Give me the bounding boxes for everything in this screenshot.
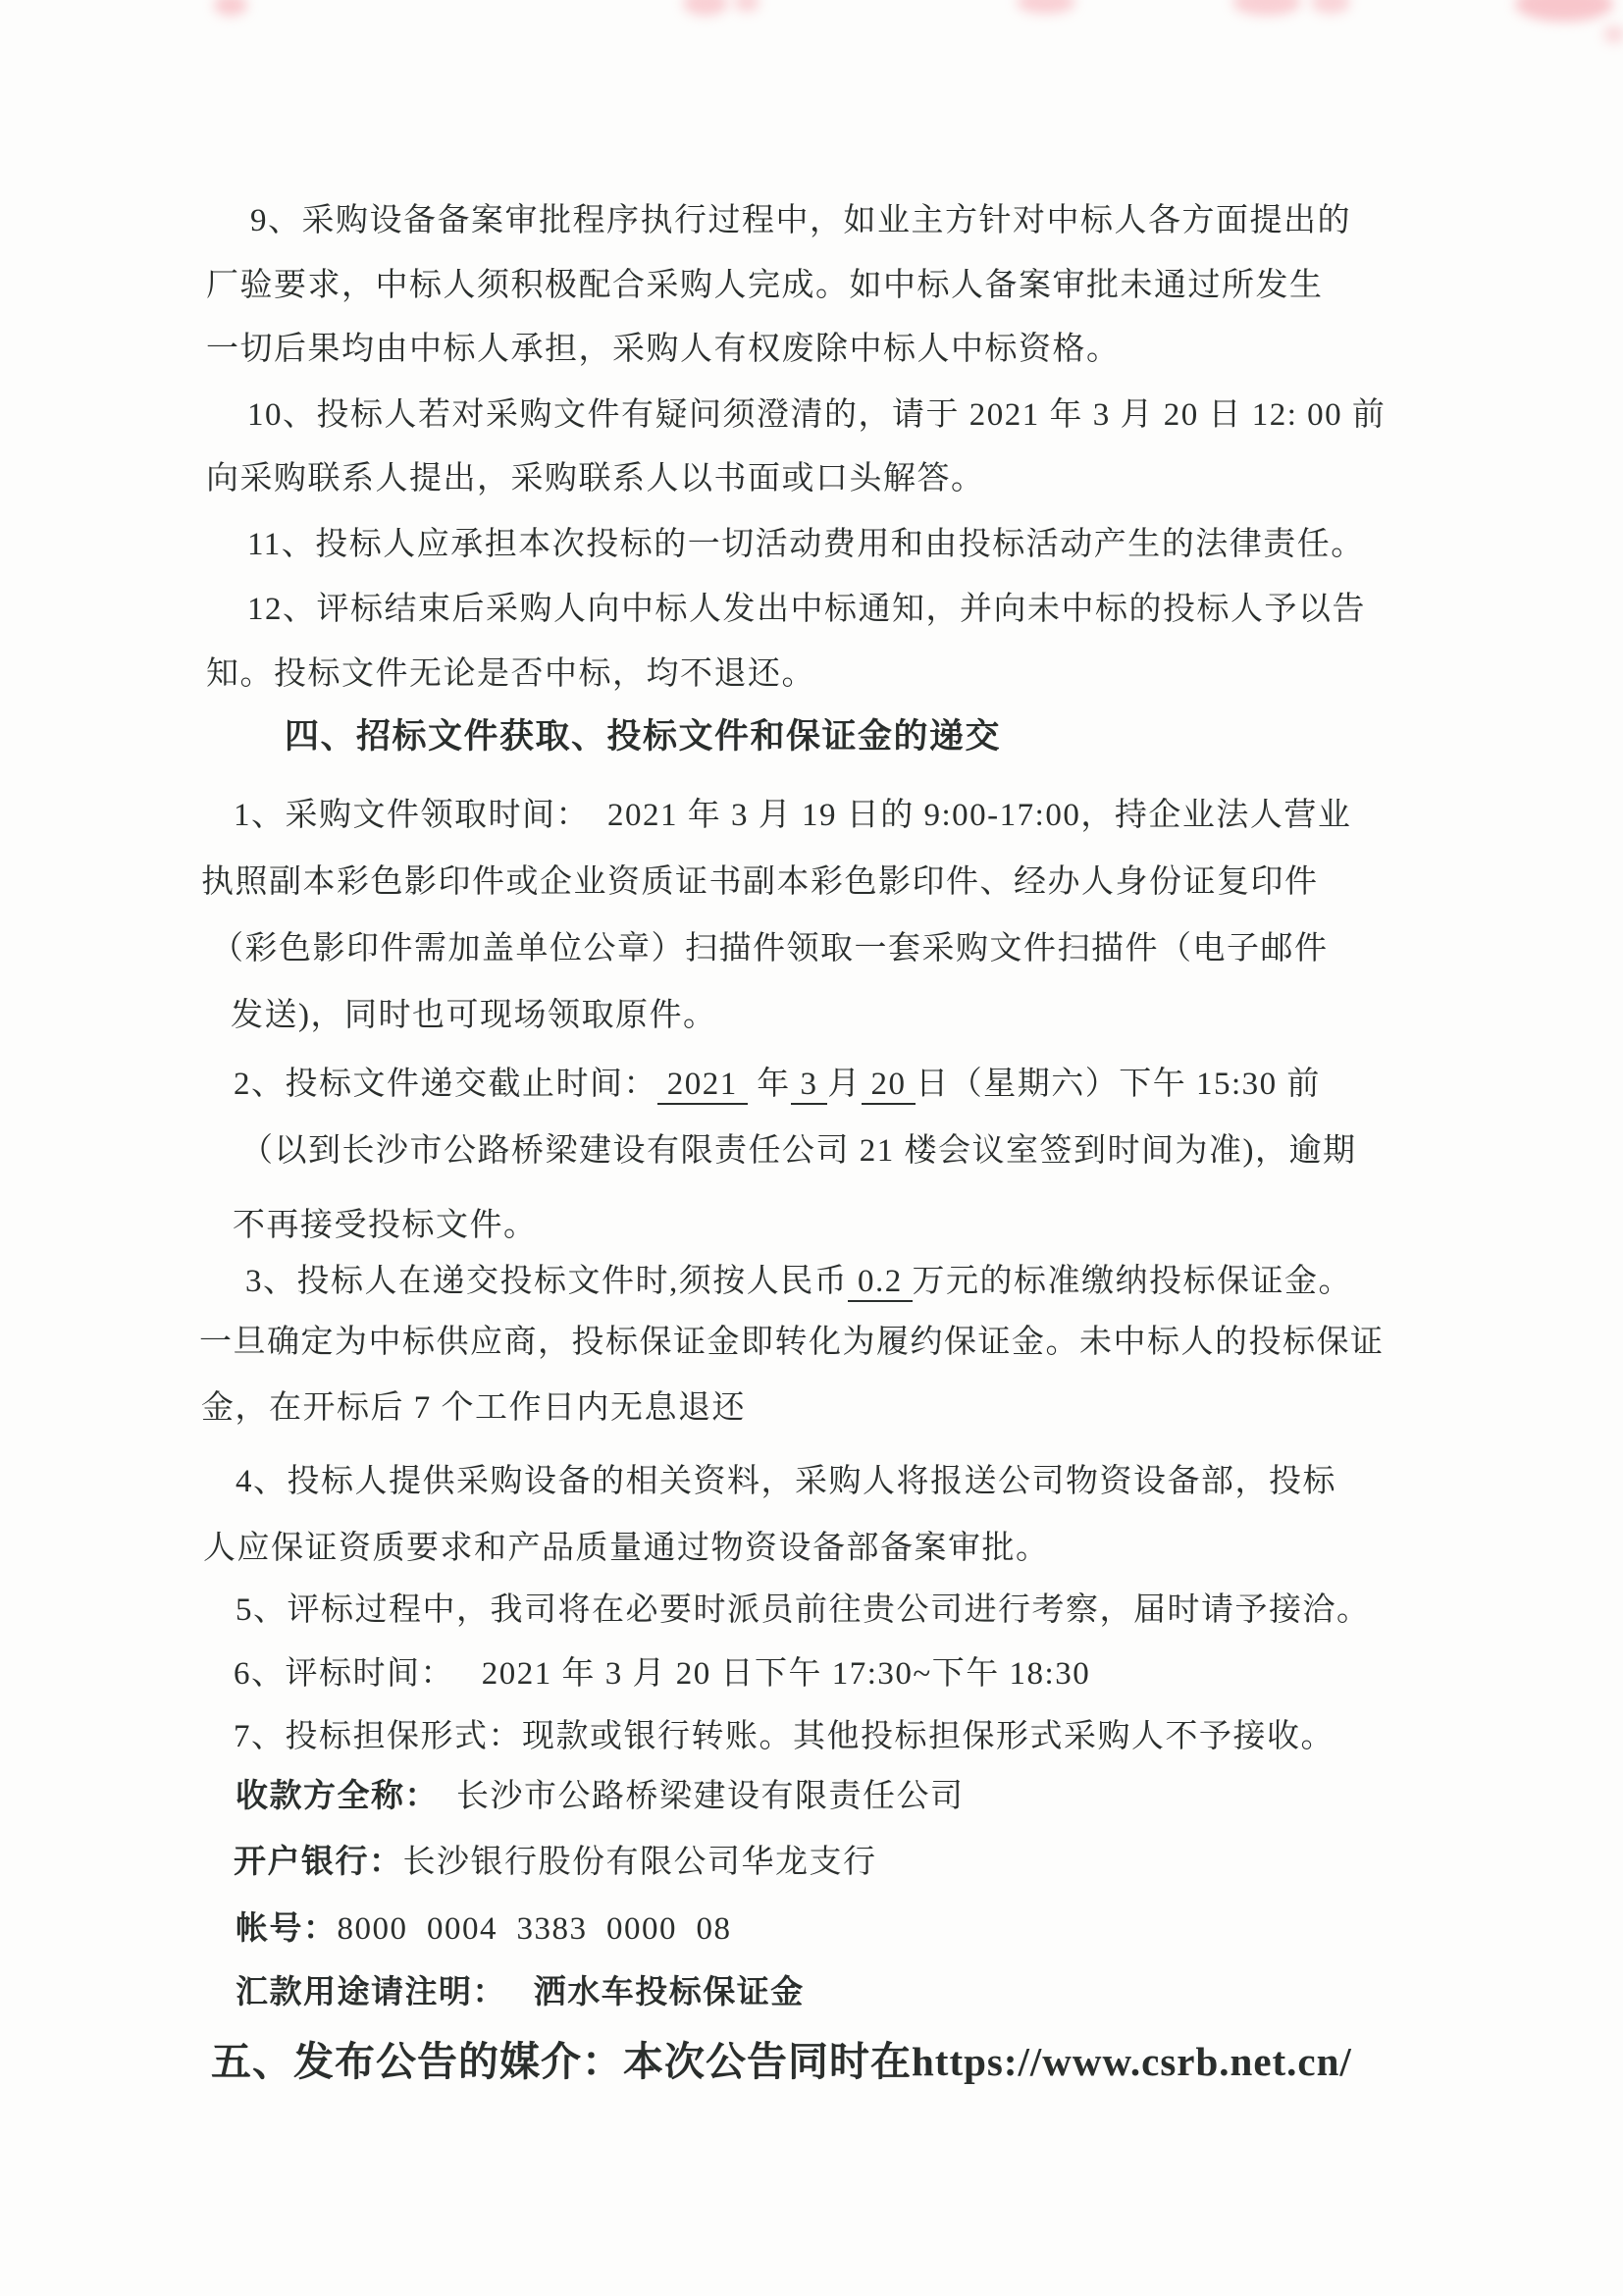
text-segment: 5、评标过程中，我司将在必要时派员前往贵公司进行考察，届时请予接洽。: [236, 1592, 1371, 1628]
scan-smudge-mark: [1311, 0, 1350, 14]
document-line-25: 收款方全称： 长沙市公路桥梁建设有限责任公司: [236, 1779, 965, 1816]
underlined-text: 2021: [657, 1067, 748, 1105]
document-line-10: 1、采购文件领取时间： 2021 年 3 月 19 日的 9:00-17:00，…: [234, 798, 1351, 835]
text-segment: 1、采购文件领取时间： 2021 年 3 月 19 日的 9:00-17:00，…: [234, 798, 1351, 833]
text-segment: 一旦确定为中标供应商，投标保证金即转化为履约保证金。未中标人的投标保证: [199, 1325, 1385, 1360]
text-segment: 日（星期六）下午 15:30 前: [916, 1067, 1321, 1102]
text-segment: 开户银行：: [234, 1845, 403, 1880]
document-line-20: 4、投标人提供采购设备的相关资料，采购人将报送公司物资设备部，投标: [236, 1464, 1336, 1501]
scan-smudge-mark: [734, 0, 759, 12]
document-line-17: 3、投标人在递交投标文件时,须按人民币 0.2 万元的标准缴纳投标保证金。: [245, 1264, 1352, 1301]
text-segment: 3、投标人在递交投标文件时,须按人民币: [245, 1264, 848, 1299]
text-segment: 发送)，同时也可现场领取原件。: [231, 998, 717, 1033]
text-segment: 金，在开标后 7 个工作日内无息退还: [201, 1390, 746, 1426]
text-segment: 长沙市公路桥梁建设有限责任公司: [423, 1779, 965, 1814]
text-segment: 11、投标人应承担本次投标的一切活动费用和由投标活动产生的法律责任。: [247, 527, 1365, 562]
text-segment: 2、投标文件递交截止时间：: [234, 1067, 657, 1102]
document-line-14: 2、投标文件递交截止时间： 2021 年 3 月 20 日（星期六）下午 15:…: [234, 1067, 1321, 1104]
text-segment: 五、发布公告的媒介：本次公告同时在https://www.csrb.net.cn…: [211, 2039, 1352, 2084]
text-segment: 12、评标结束后采购人向中标人发出中标通知，并向未中标的投标人予以告: [247, 592, 1366, 627]
document-line-21: 人应保证资质要求和产品质量通过物资设备部备案审批。: [203, 1531, 1050, 1568]
text-segment: 四、招标文件获取、投标文件和保证金的递交: [285, 717, 1001, 756]
text-segment: 人应保证资质要求和产品质量通过物资设备部备案审批。: [203, 1531, 1050, 1566]
scan-smudge-mark: [214, 0, 247, 16]
scan-smudge-mark: [683, 0, 728, 16]
scan-smudge-mark: [1603, 26, 1623, 43]
document-line-1: 9、采购设备备案审批程序执行过程中，如业主方针对中标人各方面提出的: [250, 203, 1351, 240]
document-line-26: 开户银行：长沙银行股份有限公司华龙支行: [234, 1845, 877, 1882]
scanned-page: 9、采购设备备案审批程序执行过程中，如业主方针对中标人各方面提出的厂验要求，中标…: [0, 0, 1623, 2296]
document-line-11: 执照副本彩色影印件或企业资质证书副本彩色影印件、经办人身份证复印件: [201, 864, 1319, 902]
document-line-22: 5、评标过程中，我司将在必要时派员前往贵公司进行考察，届时请予接洽。: [236, 1592, 1371, 1630]
text-segment: 一切后果均由中标人承担，采购人有权废除中标人中标资格。: [206, 332, 1121, 367]
document-line-24: 7、投标担保形式：现款或银行转账。其他投标担保形式采购人不予接收。: [234, 1719, 1335, 1756]
text-segment: 帐号：: [236, 1911, 338, 1947]
text-segment: 6、评标时间： 2021 年 3 月 20 日下午 17:30~下午 18:30: [234, 1656, 1090, 1692]
document-line-7: 12、评标结束后采购人向中标人发出中标通知，并向未中标的投标人予以告: [247, 592, 1366, 629]
scan-smudge-mark: [1232, 0, 1301, 16]
text-segment: 月: [827, 1067, 862, 1102]
text-segment: （彩色影印件需加盖单位公章）扫描件领取一套采购文件扫描件（电子邮件: [211, 931, 1329, 966]
document-line-6: 11、投标人应承担本次投标的一切活动费用和由投标活动产生的法律责任。: [247, 527, 1365, 564]
text-segment: 年: [748, 1067, 791, 1102]
text-segment: 收款方全称：: [236, 1779, 423, 1814]
text-segment: 知。投标文件无论是否中标，均不退还。: [206, 656, 815, 692]
text-segment: 向采购联系人提出，采购联系人以书面或口头解答。: [206, 461, 985, 496]
text-segment: 万元的标准缴纳投标保证金。: [913, 1264, 1353, 1299]
text-segment: 汇款用途请注明： 洒水车投标保证金: [236, 1975, 805, 2010]
scan-smudge-mark: [1515, 0, 1613, 22]
document-line-16: 不再接受投标文件。: [233, 1208, 538, 1245]
document-line-19: 金，在开标后 7 个工作日内无息退还: [201, 1390, 746, 1428]
document-line-29: 五、发布公告的媒介：本次公告同时在https://www.csrb.net.cn…: [211, 2039, 1352, 2085]
document-line-4: 10、投标人若对采购文件有疑问须澄清的，请于 2021 年 3 月 20 日 1…: [247, 397, 1386, 435]
document-line-3: 一切后果均由中标人承担，采购人有权废除中标人中标资格。: [206, 332, 1121, 369]
text-segment: 不再接受投标文件。: [233, 1208, 538, 1243]
document-line-28: 汇款用途请注明： 洒水车投标保证金: [236, 1975, 805, 2012]
text-segment: 10、投标人若对采购文件有疑问须澄清的，请于 2021 年 3 月 20 日 1…: [247, 397, 1386, 433]
underlined-text: 3: [791, 1067, 828, 1105]
document-line-5: 向采购联系人提出，采购联系人以书面或口头解答。: [206, 461, 985, 498]
text-segment: 7、投标担保形式：现款或银行转账。其他投标担保形式采购人不予接收。: [234, 1719, 1335, 1754]
text-segment: 4、投标人提供采购设备的相关资料，采购人将报送公司物资设备部，投标: [236, 1464, 1336, 1499]
document-line-9: 四、招标文件获取、投标文件和保证金的递交: [285, 717, 1001, 757]
underlined-text: 20: [862, 1067, 916, 1105]
text-segment: 执照副本彩色影印件或企业资质证书副本彩色影印件、经办人身份证复印件: [201, 864, 1319, 900]
document-line-15: （以到长沙市公路桥梁建设有限责任公司 21 楼会议室签到时间为准)，逾期: [240, 1133, 1357, 1171]
document-line-27: 帐号：8000 0004 3383 0000 08: [236, 1911, 732, 1949]
underlined-text: 0.2: [848, 1264, 912, 1302]
scan-smudge-mark: [1017, 0, 1075, 14]
document-line-13: 发送)，同时也可现场领取原件。: [231, 998, 717, 1035]
document-line-23: 6、评标时间： 2021 年 3 月 20 日下午 17:30~下午 18:30: [234, 1656, 1090, 1694]
text-segment: 9、采购设备备案审批程序执行过程中，如业主方针对中标人各方面提出的: [250, 203, 1351, 238]
document-line-18: 一旦确定为中标供应商，投标保证金即转化为履约保证金。未中标人的投标保证: [199, 1325, 1385, 1362]
document-line-2: 厂验要求，中标人须积极配合采购人完成。如中标人备案审批未通过所发生: [206, 268, 1324, 305]
document-line-12: （彩色影印件需加盖单位公章）扫描件领取一套采购文件扫描件（电子邮件: [211, 931, 1329, 968]
text-segment: 长沙银行股份有限公司华龙支行: [403, 1845, 877, 1880]
text-segment: （以到长沙市公路桥梁建设有限责任公司 21 楼会议室签到时间为准)，逾期: [240, 1133, 1357, 1169]
text-segment: 厂验要求，中标人须积极配合采购人完成。如中标人备案审批未通过所发生: [206, 268, 1324, 303]
text-segment: 8000 0004 3383 0000 08: [338, 1911, 732, 1947]
document-line-8: 知。投标文件无论是否中标，均不退还。: [206, 656, 815, 694]
